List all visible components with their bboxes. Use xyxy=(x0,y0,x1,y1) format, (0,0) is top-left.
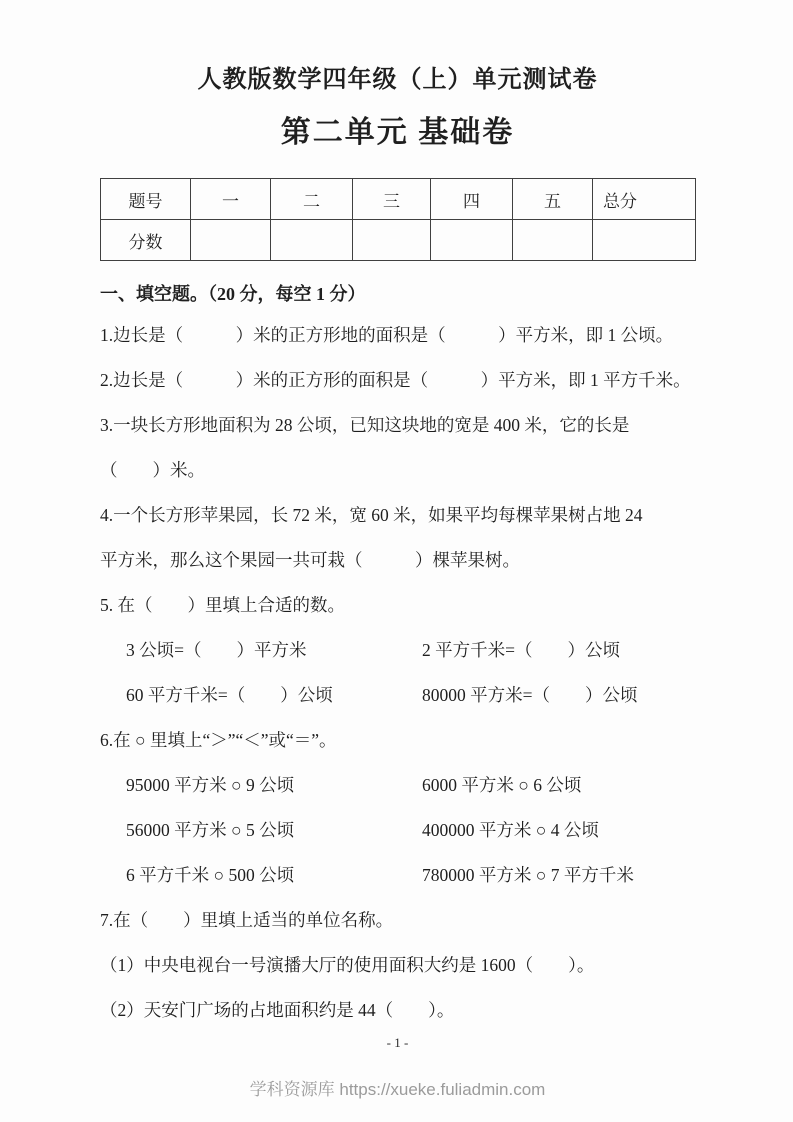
score-cell-one xyxy=(191,220,271,261)
score-table-header-row: 题号 一 二 三 四 五 总分 xyxy=(101,179,696,220)
comparison-item: 6 平方千米 ○ 500 公顷 xyxy=(126,853,422,898)
comparison-item: 56000 平方米 ○ 5 公顷 xyxy=(126,808,422,853)
question-4-line-2: 平方米，那么这个果园一共可栽（ ）棵苹果树。 xyxy=(100,538,695,583)
score-cell-label: 分数 xyxy=(101,220,191,261)
comparison-item: 6000 平方米 ○ 6 公顷 xyxy=(422,763,695,808)
header-cell-one: 一 xyxy=(191,179,271,220)
score-cell-five xyxy=(513,220,593,261)
question-6-row-3: 6 平方千米 ○ 500 公顷 780000 平方米 ○ 7 平方千米 xyxy=(100,853,695,898)
paper-title: 人教版数学四年级（上）单元测试卷 xyxy=(100,0,695,98)
question-3-line-1: 3.一块长方形地面积为 28 公顷，已知这块地的宽是 400 米，它的长是 xyxy=(100,403,695,448)
question-6-row-2: 56000 平方米 ○ 5 公顷 400000 平方米 ○ 4 公顷 xyxy=(100,808,695,853)
question-6-row-1: 95000 平方米 ○ 9 公顷 6000 平方米 ○ 6 公顷 xyxy=(100,763,695,808)
header-cell-total: 总分 xyxy=(593,179,696,220)
comparison-item: 95000 平方米 ○ 9 公顷 xyxy=(126,763,422,808)
question-3-line-2: （ ）米。 xyxy=(100,448,695,493)
question-5-row-1: 3 公顷=（ ）平方米 2 平方千米=（ ）公顷 xyxy=(100,628,695,673)
conversion-item: 80000 平方米=（ ）公顷 xyxy=(422,673,695,718)
comparison-item: 780000 平方米 ○ 7 平方千米 xyxy=(422,853,695,898)
section-1-heading: 一、填空题。（20 分，每空 1 分） xyxy=(100,275,695,313)
question-5-row-2: 60 平方千米=（ ）公顷 80000 平方米=（ ）公顷 xyxy=(100,673,695,718)
question-6: 6.在 ○ 里填上“＞”“＜”或“＝”。 xyxy=(100,718,695,763)
score-cell-three xyxy=(353,220,431,261)
conversion-item: 60 平方千米=（ ）公顷 xyxy=(126,673,422,718)
comparison-item: 400000 平方米 ○ 4 公顷 xyxy=(422,808,695,853)
question-1: 1.边长是（ ）米的正方形地的面积是（ ）平方米，即 1 公顷。 xyxy=(100,313,695,358)
score-cell-two xyxy=(271,220,353,261)
test-paper-page: 人教版数学四年级（上）单元测试卷 第二单元 基础卷 题号 一 二 三 四 五 总… xyxy=(0,0,793,1122)
unit-subtitle: 第二单元 基础卷 xyxy=(100,110,695,156)
header-cell-two: 二 xyxy=(271,179,353,220)
conversion-item: 3 公顷=（ ）平方米 xyxy=(126,628,422,673)
header-cell-four: 四 xyxy=(431,179,513,220)
score-table: 题号 一 二 三 四 五 总分 分数 xyxy=(100,178,696,261)
question-4-line-1: 4.一个长方形苹果园，长 72 米，宽 60 米，如果平均每棵苹果树占地 24 xyxy=(100,493,695,538)
header-cell-question-no: 题号 xyxy=(101,179,191,220)
header-cell-five: 五 xyxy=(513,179,593,220)
question-7: 7.在（ ）里填上适当的单位名称。 xyxy=(100,898,695,943)
conversion-item: 2 平方千米=（ ）公顷 xyxy=(422,628,695,673)
question-7-sub-2: （2）天安门广场的占地面积约是 44（ ）。 xyxy=(100,988,695,1033)
page-number: - 1 - xyxy=(100,1033,695,1053)
header-cell-three: 三 xyxy=(353,179,431,220)
watermark-text: 学科资源库 https://xueke.fuliadmin.com xyxy=(100,1075,695,1100)
question-5: 5. 在（ ）里填上合适的数。 xyxy=(100,583,695,628)
score-cell-total xyxy=(593,220,696,261)
score-table-score-row: 分数 xyxy=(101,220,696,261)
score-cell-four xyxy=(431,220,513,261)
question-7-sub-1: （1）中央电视台一号演播大厅的使用面积大约是 1600（ ）。 xyxy=(100,943,695,988)
question-2: 2.边长是（ ）米的正方形的面积是（ ）平方米，即 1 平方千米。 xyxy=(100,358,695,403)
